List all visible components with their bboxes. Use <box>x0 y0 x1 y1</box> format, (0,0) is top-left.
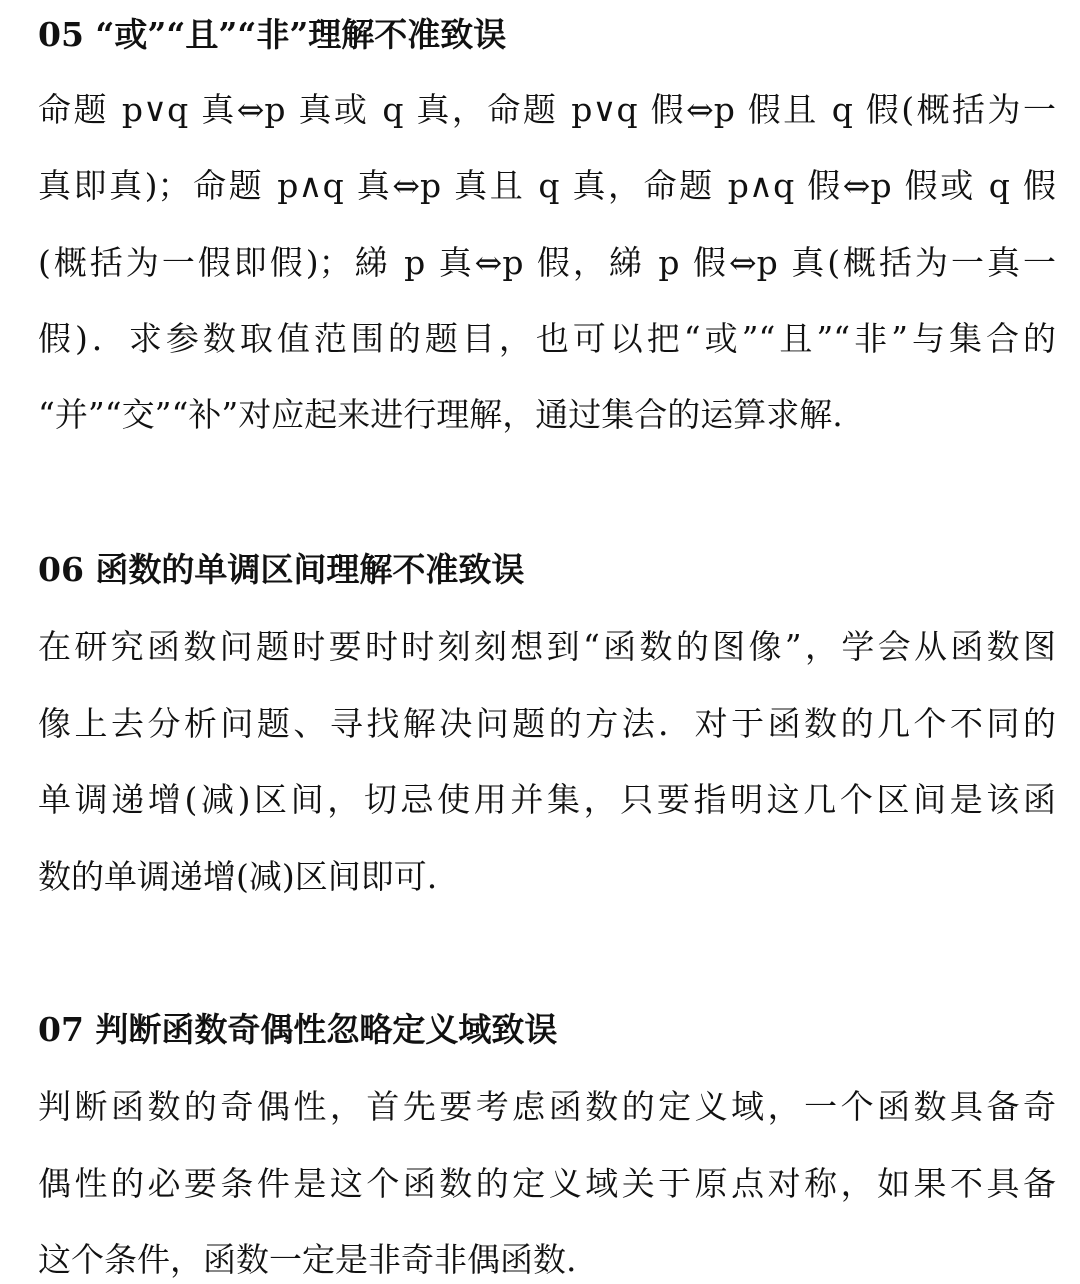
paragraph-line: 假)．求参数取值范围的题目，也可以把“或”“且”“非”与集合的 <box>38 319 1056 359</box>
section-heading: 07 判断函数奇偶性忽略定义域致误 <box>38 1010 557 1050</box>
paragraph-line: 数的单调递增(减)区间即可. <box>38 857 437 897</box>
paragraph-line: 真即真)；命题 p∧q 真⇔p 真且 q 真，命题 p∧q 假⇔p 假或 q 假 <box>38 166 1056 206</box>
paragraph-line: 命题 p∨q 真⇔p 真或 q 真，命题 p∨q 假⇔p 假且 q 假(概括为一 <box>38 90 1056 130</box>
paragraph-line: (概括为一假即假)；綈 p 真⇔p 假，綈 p 假⇔p 真(概括为一真一 <box>38 243 1056 283</box>
paragraph-line: 判断函数的奇偶性，首先要考虑函数的定义域，一个函数具备奇 <box>38 1087 1056 1127</box>
section-heading: 06 函数的单调区间理解不准致误 <box>38 550 524 590</box>
section-heading: 05 “或”“且”“非”理解不准致误 <box>38 15 506 55</box>
paragraph-line: 像上去分析问题、寻找解决问题的方法．对于函数的几个不同的 <box>38 704 1056 744</box>
paragraph-line: 偶性的必要条件是这个函数的定义域关于原点对称，如果不具备 <box>38 1164 1056 1204</box>
paragraph-line: 这个条件，函数一定是非奇非偶函数. <box>38 1240 577 1280</box>
paragraph-line: 在研究函数问题时要时时刻刻想到“函数的图像”，学会从函数图 <box>38 627 1056 667</box>
paragraph-line: 单调递增(减)区间，切忌使用并集，只要指明这几个区间是该函 <box>38 780 1056 820</box>
paragraph-line: “并”“交”“补”对应起来进行理解，通过集合的运算求解. <box>38 395 843 435</box>
